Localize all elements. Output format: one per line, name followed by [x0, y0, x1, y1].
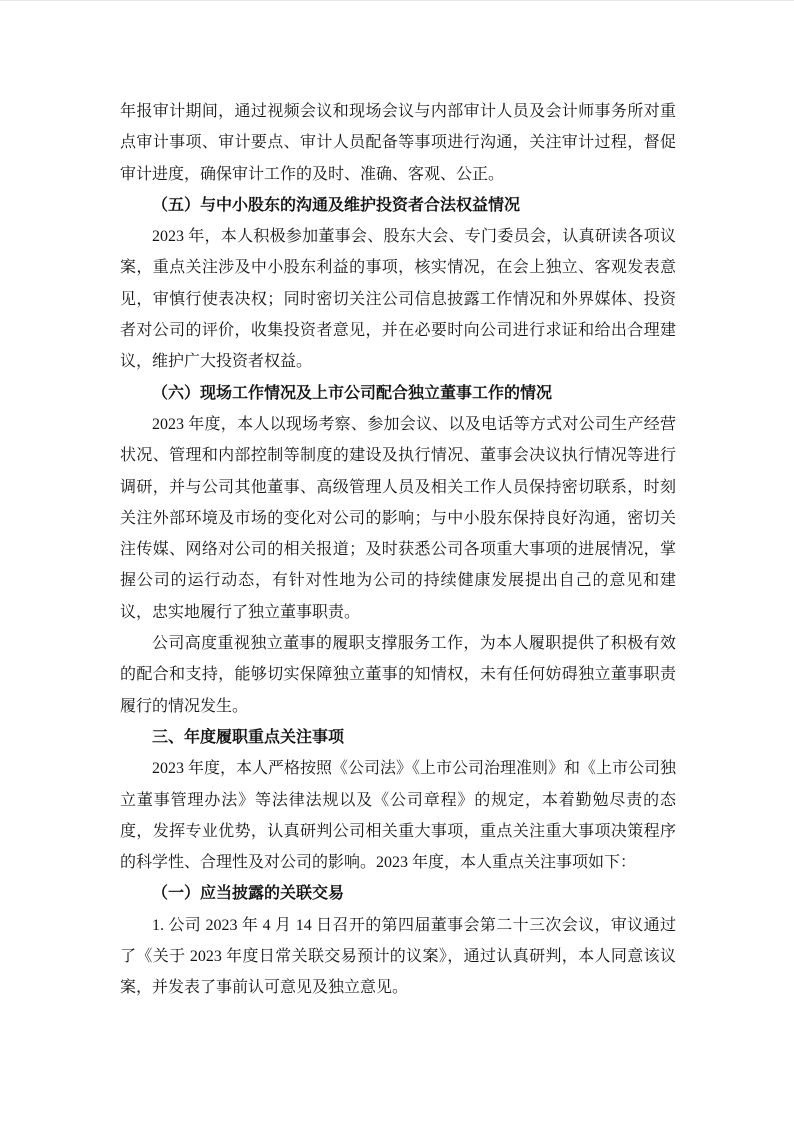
- document-page: 年报审计期间，通过视频会议和现场会议与内部审计人员及会计师事务所对重点审计事项、…: [0, 0, 794, 1122]
- paragraph-board-meeting-item1: 1. 公司 2023 年 4 月 14 日召开的第四届董事会第二十三次会议，审议…: [120, 910, 676, 1004]
- paragraph-shareholder-rights: 2023 年，本人积极参加董事会、股东大会、专门委员会，认真研读各项议案，重点关…: [120, 221, 676, 377]
- heading-related-transactions: （一）应当披露的关联交易: [120, 878, 676, 909]
- paragraph-audit-communication: 年报审计期间，通过视频会议和现场会议与内部审计人员及会计师事务所对重点审计事项、…: [120, 96, 676, 190]
- paragraph-annual-focus: 2023 年度，本人严格按照《公司法》《上市公司治理准则》和《上市公司独立董事管…: [120, 753, 676, 878]
- heading-section-3: 三、年度履职重点关注事项: [120, 722, 676, 753]
- paragraph-company-support: 公司高度重视独立董事的履职支撑服务工作，为本人履职提供了积极有效的配合和支持，能…: [120, 628, 676, 722]
- heading-section-5: （五）与中小股东的沟通及维护投资者合法权益情况: [120, 190, 676, 221]
- page-body: 年报审计期间，通过视频会议和现场会议与内部审计人员及会计师事务所对重点审计事项、…: [120, 96, 676, 1004]
- heading-section-6: （六）现场工作情况及上市公司配合独立董事工作的情况: [120, 378, 676, 409]
- paragraph-onsite-work: 2023 年度，本人以现场考察、参加会议、以及电话等方式对公司生产经营状况、管理…: [120, 409, 676, 628]
